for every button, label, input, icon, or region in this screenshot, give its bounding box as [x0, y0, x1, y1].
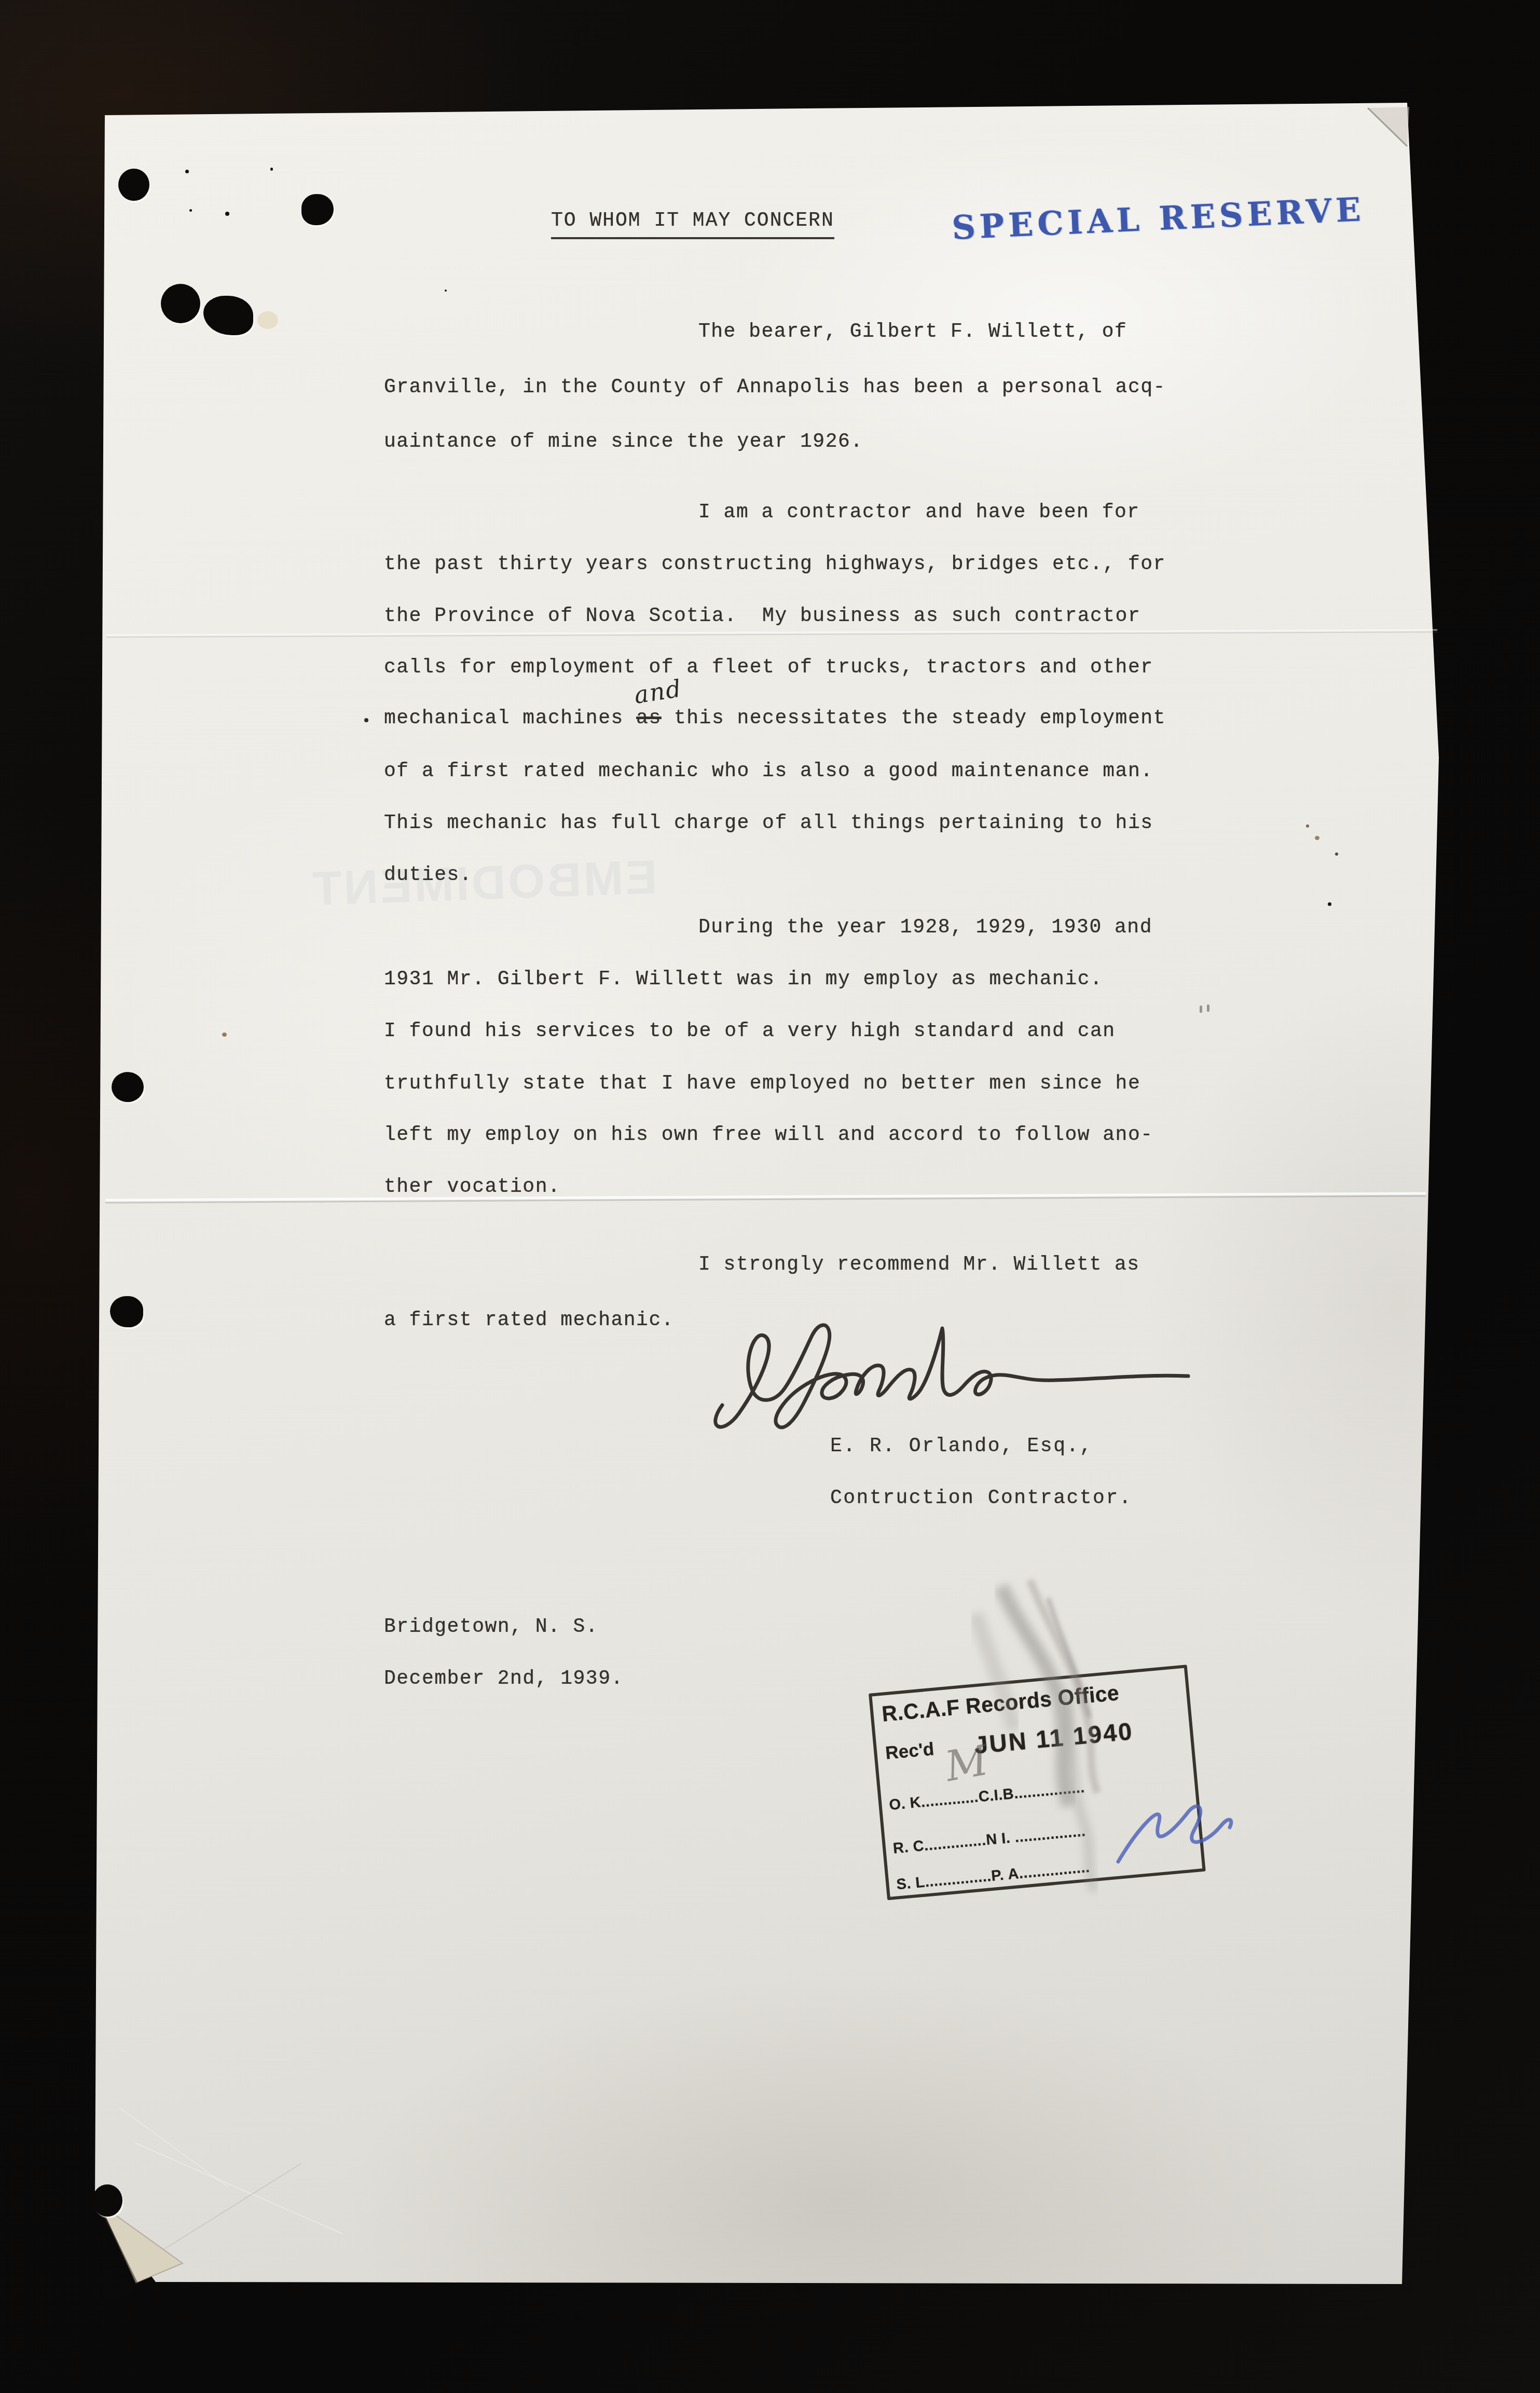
punch-hole — [161, 284, 200, 323]
body-line: calls for employment of a fleet of truck… — [384, 655, 1153, 680]
letter-paper — [93, 99, 1442, 2289]
paper-spot — [257, 311, 278, 329]
closing-date: December 2nd, 1939. — [384, 1667, 624, 1691]
records-stamp-row: O. K.............C.I.B................ — [888, 1779, 1085, 1814]
body-line: Granville, in the County of Annapolis ha… — [384, 375, 1166, 400]
stain-speck — [1315, 836, 1319, 840]
records-stamp-recd-label: Rec'd — [885, 1739, 935, 1764]
letter-heading: TO WHOM IT MAY CONCERN — [551, 209, 834, 233]
ink-speck — [270, 168, 273, 171]
corrected-post: this necessitates the steady employment — [662, 707, 1166, 730]
stray-mark — [1207, 1005, 1209, 1012]
records-stamp-date: JUN 11 1940 — [973, 1716, 1134, 1759]
signature-typed-title: Contruction Contractor. — [830, 1486, 1132, 1511]
struck-word: as — [636, 707, 662, 730]
letter-heading-text: TO WHOM IT MAY CONCERN — [551, 210, 834, 239]
stray-mark — [1200, 1006, 1202, 1013]
closing-place: Bridgetown, N. S. — [384, 1615, 598, 1640]
body-line: During the year 1928, 1929, 1930 and — [698, 915, 1152, 940]
ink-speck — [189, 209, 192, 212]
scanned-letter-page: EMBODIMENT TO WHOM IT MAY CONCERN SPECIA… — [0, 0, 1540, 2393]
ink-speck — [225, 212, 229, 216]
rcaf-records-office-stamp: R.C.A.F Records Office Rec'd JUN 11 1940… — [869, 1665, 1206, 1900]
pencil-initial-mark: M — [942, 1736, 992, 1791]
ink-speck — [445, 290, 447, 292]
body-line: uaintance of mine since the year 1926. — [384, 430, 863, 455]
body-line: I strongly recommend Mr. Willett as — [698, 1253, 1140, 1277]
corrected-pre: mechanical machines — [384, 707, 636, 730]
body-line: duties. — [384, 863, 472, 888]
body-line: This mechanic has full charge of all thi… — [384, 811, 1153, 836]
stain-speck — [1306, 824, 1309, 828]
punch-hole — [110, 1296, 143, 1327]
body-line: The bearer, Gilbert F. Willett, of — [698, 320, 1127, 345]
body-line: 1931 Mr. Gilbert F. Willett was in my em… — [384, 967, 1103, 992]
body-line-corrected: mechanical machines as this necessitates… — [384, 706, 1166, 731]
records-stamp-row: R. C..............N I. ................ — [892, 1823, 1087, 1858]
punch-hole — [92, 2184, 122, 2217]
punch-hole — [118, 169, 149, 201]
body-line: left my employ on his own free will and … — [384, 1123, 1153, 1148]
body-line: of a first rated mechanic who is also a … — [384, 759, 1153, 784]
ink-speck — [1328, 902, 1331, 906]
body-line: truthfully state that I have employed no… — [384, 1071, 1140, 1096]
ink-speck — [364, 718, 368, 722]
body-line: I found his services to be of a very hig… — [384, 1019, 1116, 1044]
body-line: the past thirty years constructing highw… — [384, 552, 1166, 577]
body-line: the Province of Nova Scotia. My business… — [384, 604, 1140, 629]
body-line: ther vocation. — [384, 1175, 560, 1200]
body-line: I am a contractor and have been for — [698, 500, 1140, 525]
ink-speck — [185, 170, 189, 173]
body-line: a first rated mechanic. — [384, 1308, 674, 1333]
signature-typed-name: E. R. Orlando, Esq., — [830, 1434, 1093, 1459]
stain-speck — [1335, 852, 1338, 856]
rust-speck — [222, 1033, 227, 1037]
punch-hole — [112, 1072, 144, 1102]
